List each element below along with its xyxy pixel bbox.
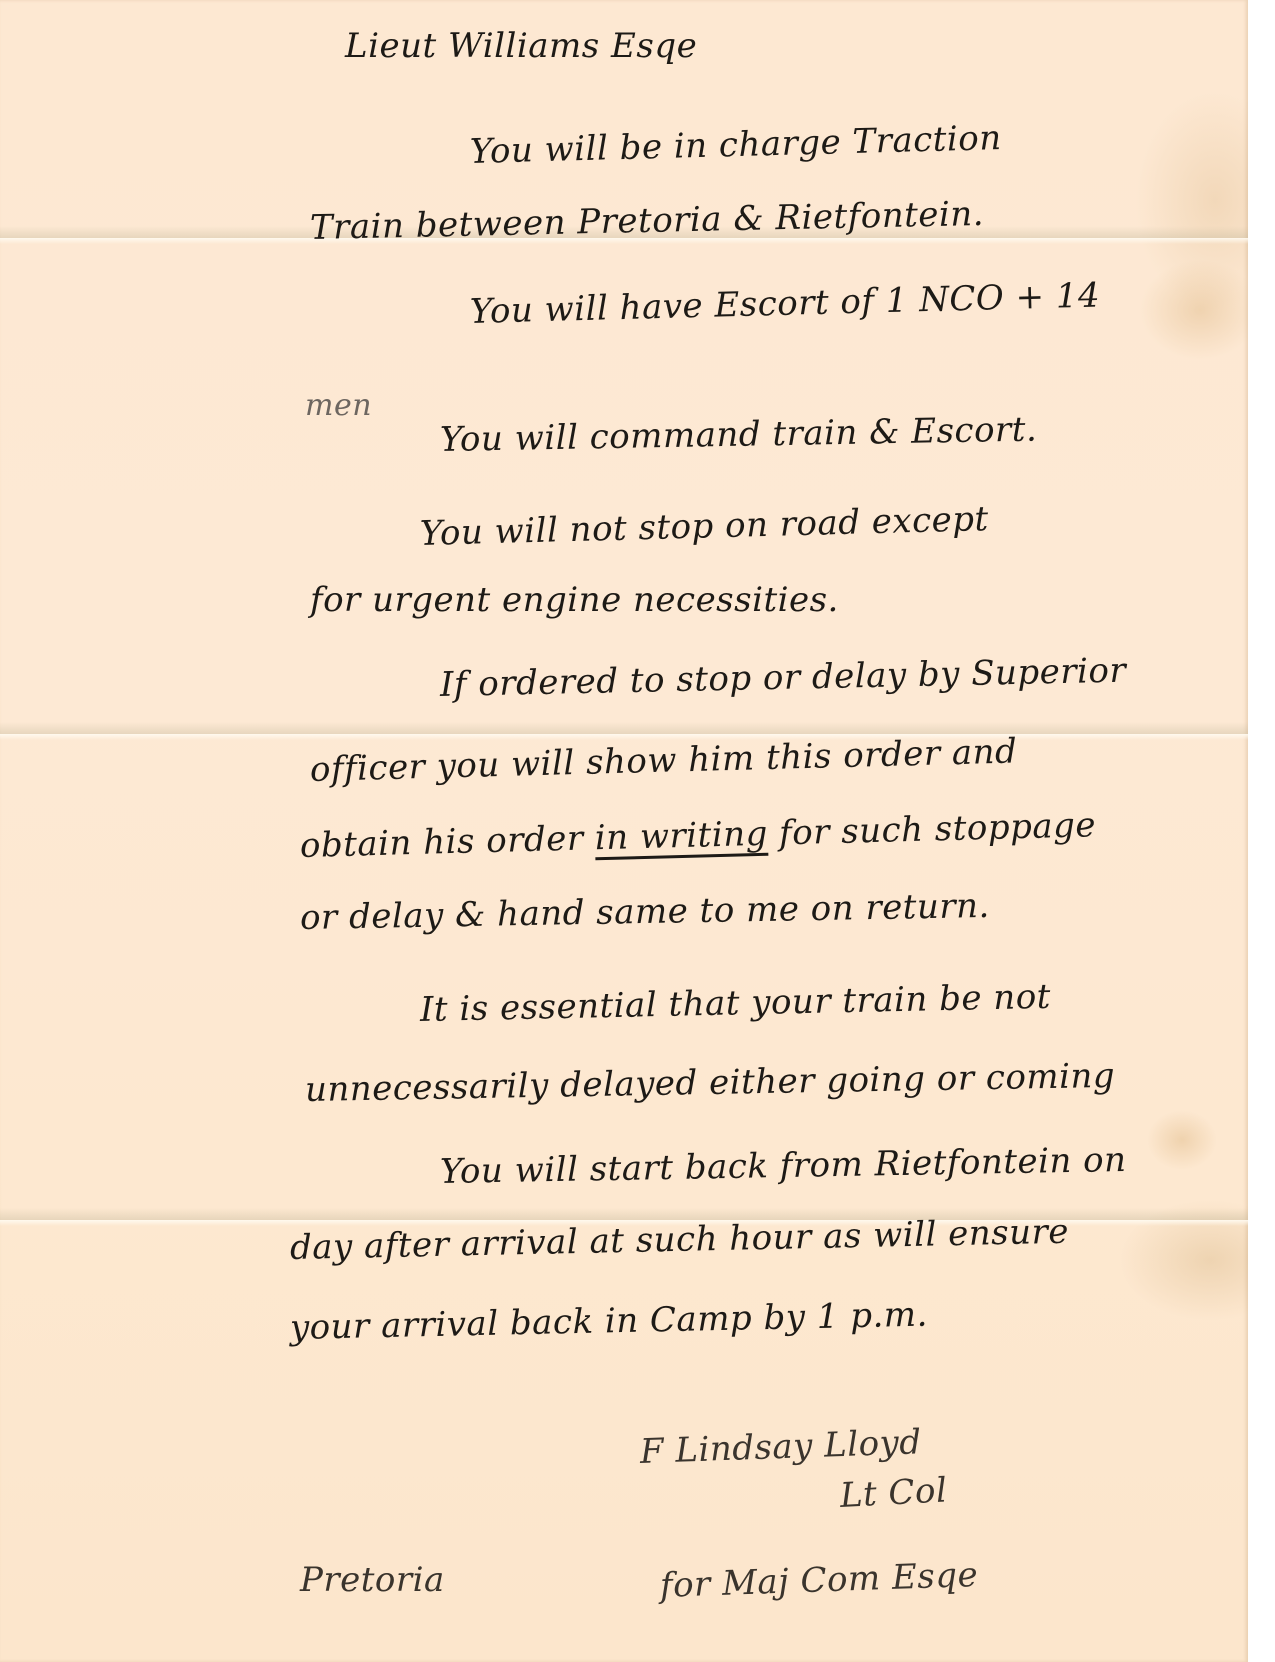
signature-rank: Lt Col (839, 1470, 948, 1516)
order-line: You will command train & Escort. (440, 410, 1038, 460)
order-line: If ordered to stop or delay by Superior (440, 651, 1127, 705)
order-line: obtain his order in writing for such sto… (299, 805, 1096, 866)
order-line: officer you will show him this order and (309, 731, 1017, 790)
order-line: for urgent engine necessities. (310, 580, 839, 620)
margin-note: men (305, 388, 372, 423)
order-text: for such stoppage (779, 805, 1097, 853)
order-line: You will have Escort of 1 NCO + 14 (469, 276, 1100, 332)
order-line: your arrival back in Camp by 1 p.m. (290, 1295, 929, 1348)
signature-name: F Lindsay Lloyd (639, 1422, 922, 1472)
order-line: You will not stop on road except (419, 499, 989, 554)
salutation: Lieut Williams Esqe (345, 26, 697, 66)
order-line: It is essential that your train be not (420, 977, 1052, 1030)
letter-paper: Lieut Williams Esqe You will be in charg… (0, 0, 1248, 1662)
emphasized-text: in writing (594, 814, 768, 859)
signature-on-behalf: for Maj Com Esqe (659, 1555, 978, 1606)
order-line: or delay & hand same to me on return. (300, 886, 990, 938)
order-line: You will be in charge Traction (469, 118, 1002, 172)
order-text: obtain his order (299, 819, 584, 866)
order-line: unnecessarily delayed either going or co… (305, 1056, 1116, 1110)
order-line: Train between Pretoria & Rietfontein. (310, 194, 985, 248)
paper-fold-line (0, 722, 1248, 744)
place-name: Pretoria (300, 1560, 445, 1600)
order-line: You will start back from Rietfontein on (440, 1140, 1127, 1192)
order-line: day after arrival at such hour as will e… (290, 1212, 1070, 1268)
